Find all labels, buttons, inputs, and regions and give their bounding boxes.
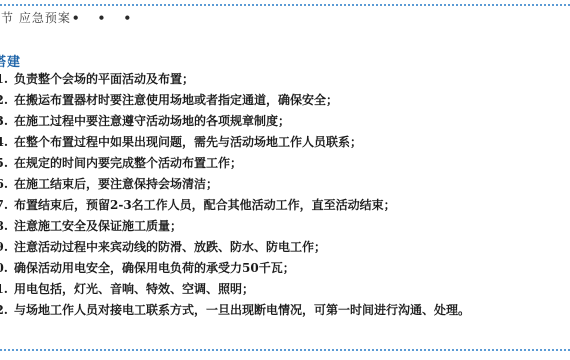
list-item: 7. 布置结束后，预留2-3名工作人员，配合其他活动工作，直至活动结束； <box>0 195 570 216</box>
section-heading: 搭建 <box>0 51 21 70</box>
list-item-number: 6. <box>0 174 8 195</box>
list-item-number: 1. <box>0 69 8 90</box>
list-item-text: 与场地工作人员对接电工联系方式，一旦出现断电情况，可第一时间进行沟通、处理。 <box>14 300 470 321</box>
list-item-number: 11. <box>0 279 8 300</box>
toc-entry: 节 应急预案• • • <box>1 9 138 26</box>
list-item-number: 2. <box>0 90 8 111</box>
list-item-text: 注意施工安全及保证施工质量； <box>14 216 182 237</box>
list-item-text: 在施工结束后，要注意保持会场清洁； <box>14 174 218 195</box>
list-item: 5. 在规定的时间内要完成整个活动布置工作； <box>0 153 570 174</box>
numbered-list: 1. 负责整个会场的平面活动及布置； 2. 在搬运布置器材时要注意使用场地或者指… <box>0 69 570 321</box>
list-item-number: 5. <box>0 153 8 174</box>
list-item-text: 布置结束后，预留2-3名工作人员，配合其他活动工作，直至活动结束； <box>14 195 396 216</box>
list-item-text: 负责整个会场的平面活动及布置； <box>14 69 194 90</box>
list-item-number: 9. <box>0 237 8 258</box>
list-item-number: 12. <box>0 300 8 321</box>
list-item: 4. 在整个布置过程中如果出现问题，需先与活动场地工作人员联系； <box>0 132 570 153</box>
list-item-text: 确保活动用电安全，确保用电负荷的承受力50千瓦； <box>14 258 295 279</box>
list-item: 6. 在施工结束后，要注意保持会场清洁； <box>0 174 570 195</box>
list-item: 2. 在搬运布置器材时要注意使用场地或者指定通道，确保安全； <box>0 90 570 111</box>
list-item: 9. 注意活动过程中来宾动线的防滑、放跌、防水、防电工作； <box>0 237 570 258</box>
list-item-text: 在搬运布置器材时要注意使用场地或者指定通道，确保安全； <box>14 90 338 111</box>
list-item: 12. 与场地工作人员对接电工联系方式，一旦出现断电情况，可第一时间进行沟通、处… <box>0 300 570 321</box>
list-item: 11. 用电包括，灯光、音响、特效、空调、照明； <box>0 279 570 300</box>
list-item-number: 7. <box>0 195 8 216</box>
list-item-number: 10. <box>0 258 8 279</box>
list-item-number: 3. <box>0 111 8 132</box>
bottom-dotted-boundary <box>0 349 570 351</box>
toc-entry-text: 节 应急预案 <box>1 11 71 25</box>
top-dotted-boundary <box>0 4 570 6</box>
list-item: 1. 负责整个会场的平面活动及布置； <box>0 69 570 90</box>
list-item: 8. 注意施工安全及保证施工质量； <box>0 216 570 237</box>
list-item-number: 8. <box>0 216 8 237</box>
list-item-text: 在整个布置过程中如果出现问题，需先与活动场地工作人员联系； <box>14 132 362 153</box>
list-item: 3. 在施工过程中要注意遵守活动场地的各项规章制度； <box>0 111 570 132</box>
list-item-text: 在施工过程中要注意遵守活动场地的各项规章制度； <box>14 111 290 132</box>
toc-leader-dots: • • • <box>72 11 138 25</box>
list-item-text: 用电包括，灯光、音响、特效、空调、照明； <box>14 279 254 300</box>
list-item-text: 注意活动过程中来宾动线的防滑、放跌、防水、防电工作； <box>14 237 326 258</box>
list-item-number: 4. <box>0 132 8 153</box>
document-page: 节 应急预案• • • 搭建 1. 负责整个会场的平面活动及布置； 2. 在搬运… <box>0 0 570 360</box>
list-item-text: 在规定的时间内要完成整个活动布置工作； <box>14 153 242 174</box>
list-item: 10. 确保活动用电安全，确保用电负荷的承受力50千瓦； <box>0 258 570 279</box>
